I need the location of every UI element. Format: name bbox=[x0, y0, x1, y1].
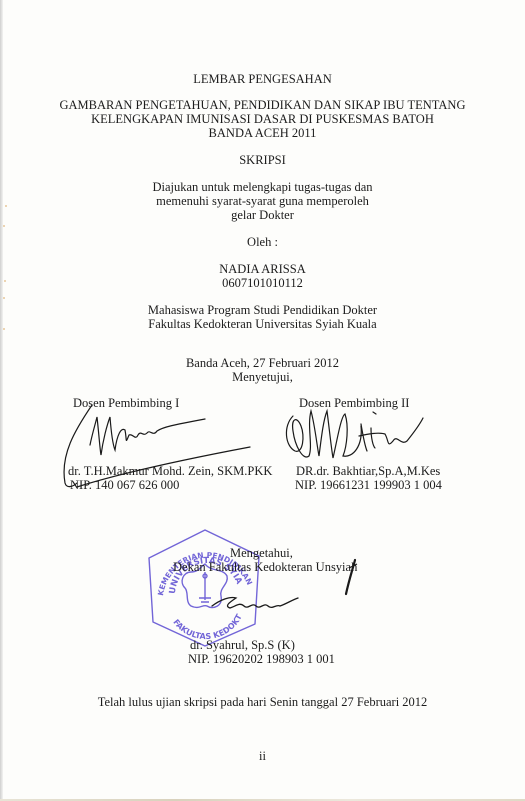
purpose-line-2: memenuhi syarat-syarat guna memperoleh bbox=[0, 194, 525, 208]
purpose-line-3: gelar Dokter bbox=[0, 208, 525, 222]
supervisor-2-nip: NIP. 19661231 199903 1 004 bbox=[295, 478, 442, 492]
author-id: 0607101010112 bbox=[0, 276, 525, 290]
approval-label: Menyetujui, bbox=[0, 370, 525, 384]
title-line-1: GAMBARAN PENGETAHUAN, PENDIDIKAN DAN SIK… bbox=[0, 98, 525, 112]
title-line-2: KELENGKAPAN IMUNISASI DASAR DI PUSKESMAS… bbox=[0, 112, 525, 126]
dean-name: dr. Syahrul, Sp.S (K) bbox=[190, 638, 295, 652]
place-date: Banda Aceh, 27 Februari 2012 bbox=[0, 356, 525, 370]
supervisor-1-role: Dosen Pembimbing I bbox=[73, 396, 179, 410]
exam-note: Telah lulus ujian skripsi pada hari Seni… bbox=[0, 695, 525, 709]
supervisor-2-signature bbox=[283, 406, 428, 468]
dean-nip: NIP. 19620202 198903 1 001 bbox=[188, 652, 335, 666]
supervisor-2-name: DR.dr. Bakhtiar,Sp.A,M.Kes bbox=[296, 464, 440, 478]
supervisor-2-role: Dosen Pembimbing II bbox=[299, 396, 409, 410]
supervisor-1-nip: NIP. 140 067 626 000 bbox=[70, 478, 179, 492]
dean-position: Dekan Fakultas Kedokteran Unsyiah bbox=[173, 560, 357, 574]
author-name: NADIA ARISSA bbox=[0, 262, 525, 276]
by-label: Oleh : bbox=[0, 235, 525, 249]
affiliation-line-1: Mahasiswa Program Studi Pendidikan Dokte… bbox=[0, 303, 525, 317]
page-number: ii bbox=[0, 749, 525, 763]
supervisor-1-name: dr. T.H.Makmur Mohd. Zein, SKM.PKK bbox=[68, 464, 272, 478]
acknowledged-label: Mengetahui, bbox=[230, 546, 293, 560]
affiliation-line-2: Fakultas Kedokteran Universitas Syiah Ku… bbox=[0, 317, 525, 331]
title-line-3: BANDA ACEH 2011 bbox=[0, 126, 525, 140]
heading: LEMBAR PENGESAHAN bbox=[0, 72, 525, 86]
approval-page: LEMBAR PENGESAHAN GAMBARAN PENGETAHUAN, … bbox=[0, 0, 525, 801]
faculty-stamp: KEMENTERIAN PENDIDIKAN DAN KEBUDAYAAN UN… bbox=[143, 526, 267, 648]
document-type: SKRIPSI bbox=[0, 153, 525, 167]
purpose-line-1: Diajukan untuk melengkapi tugas-tugas da… bbox=[0, 180, 525, 194]
